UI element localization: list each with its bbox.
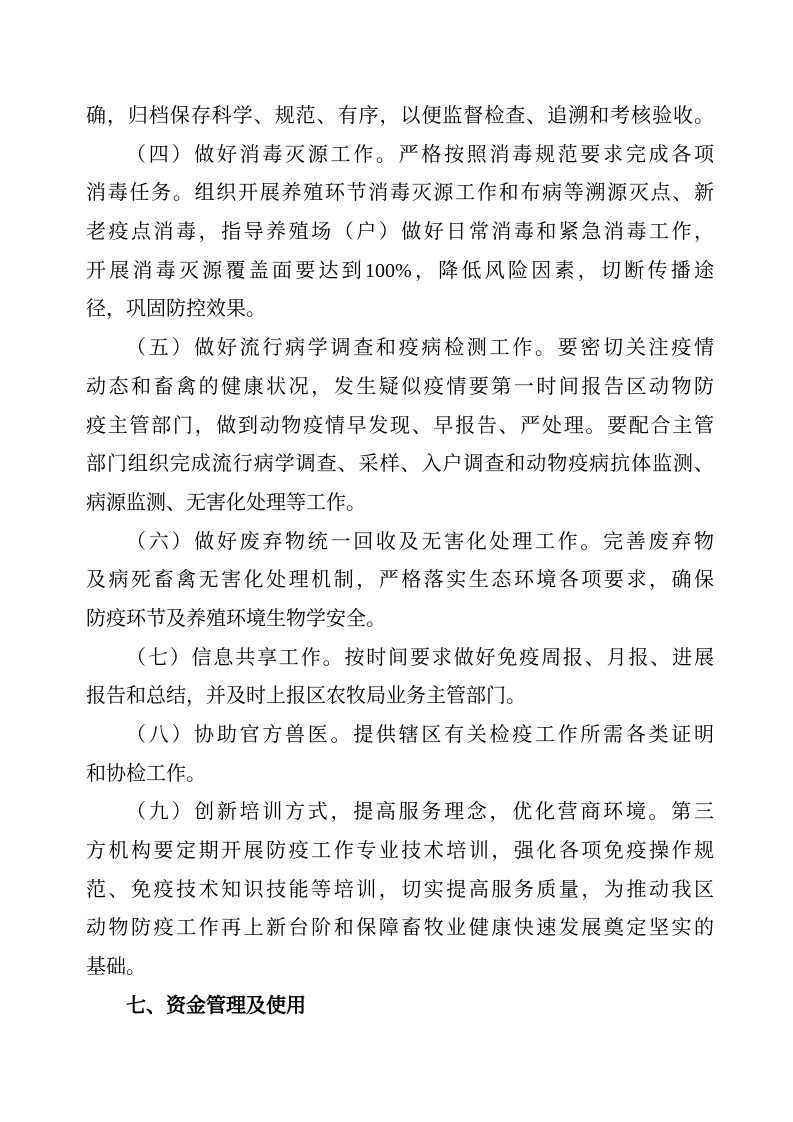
text-line: 径，巩固防控效果。	[86, 290, 714, 329]
text-line: 和协检工作。	[86, 755, 714, 794]
text-line: 防疫环节及养殖环境生物学安全。	[86, 600, 714, 639]
text-line: 及病死畜禽无害化处理机制，严格落实生态环境各项要求，确保	[86, 561, 714, 600]
text-line: 病源监测、无害化处理等工作。	[86, 484, 714, 523]
document-body: 确，归档保存科学、规范、有序，以便监督检查、追溯和考核验收。（四）做好消毒灭源工…	[86, 97, 714, 1026]
text-line: 动物防疫工作再上新台阶和保障畜牧业健康快速发展奠定坚实的	[86, 909, 714, 948]
text-line: 老疫点消毒，指导养殖场（户）做好日常消毒和紧急消毒工作，	[86, 213, 714, 252]
text-line: 开展消毒灭源覆盖面要达到100%，降低风险因素，切断传播途	[86, 252, 714, 291]
text-line: （八）协助官方兽医。提供辖区有关检疫工作所需各类证明	[86, 716, 714, 755]
text-line: 部门组织完成流行病学调查、采样、入户调查和动物疫病抗体监测、	[86, 445, 714, 484]
text-line: 动态和畜禽的健康状况，发生疑似疫情要第一时间报告区动物防	[86, 368, 714, 407]
text-line: 消毒任务。组织开展养殖环节消毒灭源工作和布病等溯源灭点、新	[86, 174, 714, 213]
text-line: （五）做好流行病学调查和疫病检测工作。要密切关注疫情	[86, 329, 714, 368]
section-heading: 七、资金管理及使用	[86, 987, 714, 1026]
text-line: （四）做好消毒灭源工作。严格按照消毒规范要求完成各项	[86, 136, 714, 175]
text-line: 确，归档保存科学、规范、有序，以便监督检查、追溯和考核验收。	[86, 97, 714, 136]
text-line: 疫主管部门，做到动物疫情早发现、早报告、严处理。要配合主管	[86, 407, 714, 446]
text-line: 方机构要定期开展防疫工作专业技术培训，强化各项免疫操作规	[86, 832, 714, 871]
text-line: （六）做好废弃物统一回收及无害化处理工作。完善废弃物	[86, 523, 714, 562]
text-line: 报告和总结，并及时上报区农牧局业务主管部门。	[86, 677, 714, 716]
text-line: （七）信息共享工作。按时间要求做好免疫周报、月报、进展	[86, 639, 714, 678]
document-page: 确，归档保存科学、规范、有序，以便监督检查、追溯和考核验收。（四）做好消毒灭源工…	[0, 0, 793, 1122]
text-line: 基础。	[86, 948, 714, 987]
text-line: （九）创新培训方式，提高服务理念，优化营商环境。第三	[86, 793, 714, 832]
text-line: 范、免疫技术知识技能等培训，切实提高服务质量，为推动我区	[86, 871, 714, 910]
